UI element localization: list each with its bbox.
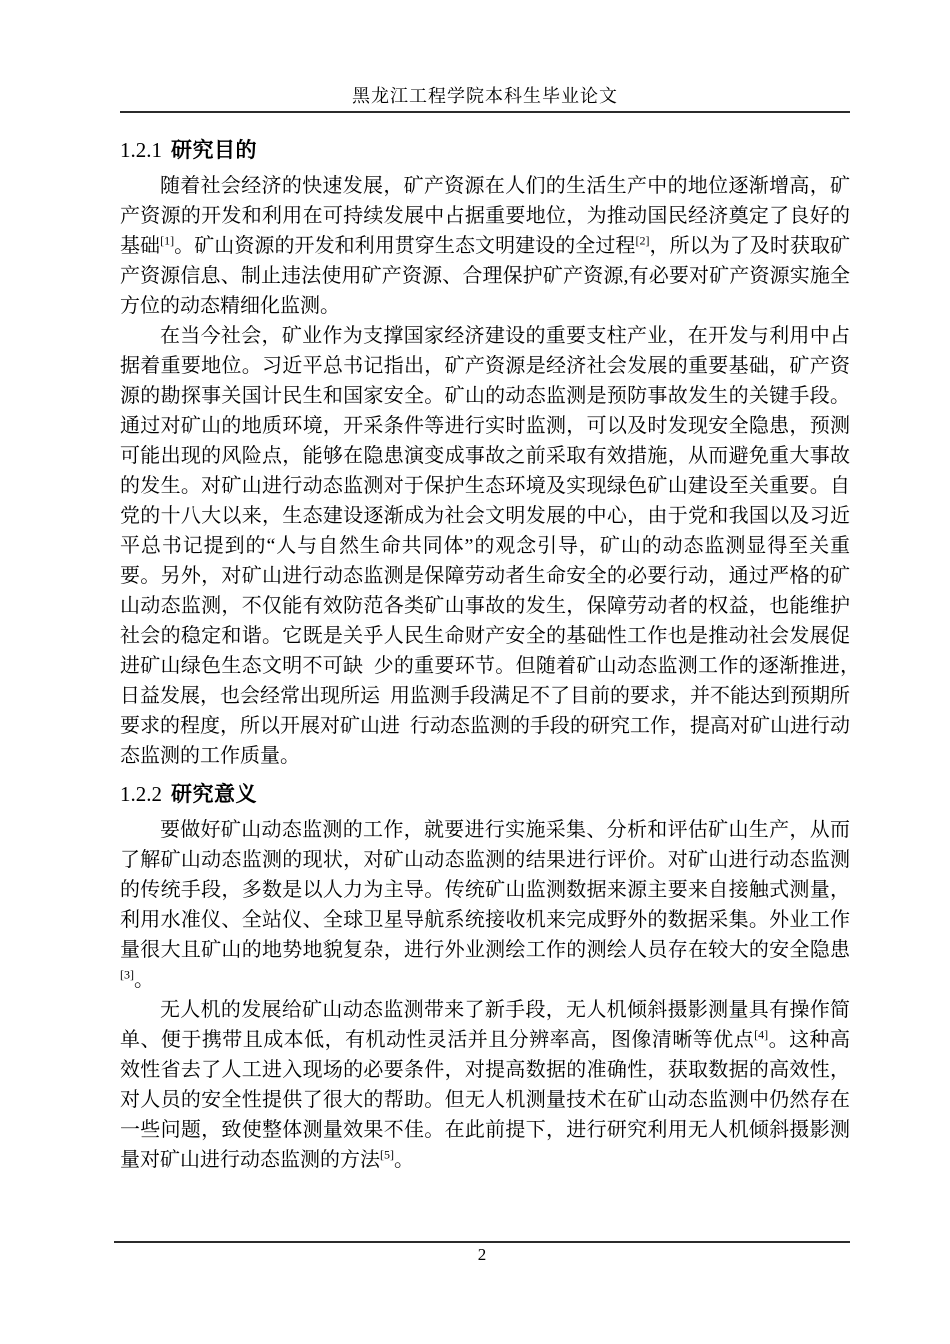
- section-heading: 1.2.2研究意义: [120, 780, 850, 809]
- paragraph: 随着社会经济的快速发展，矿产资源在人们的生活生产中的地位逐渐增高，矿产资源的开发…: [120, 171, 850, 321]
- footer-rule: [114, 1241, 850, 1243]
- paragraph: 在当今社会，矿业作为支撑国家经济建设的重要支柱产业，在开发与利用中占据着重要地位…: [120, 321, 850, 771]
- heading-number: 1.2.1: [120, 138, 162, 162]
- section-research-purpose: 1.2.1研究目的 随着社会经济的快速发展，矿产资源在人们的生活生产中的地位逐渐…: [120, 136, 850, 771]
- page-footer: 2: [114, 1241, 850, 1266]
- citation-superscript: [4]: [754, 1027, 768, 1041]
- heading-number: 1.2.2: [120, 782, 162, 806]
- section-paragraphs: 随着社会经济的快速发展，矿产资源在人们的生活生产中的地位逐渐增高，矿产资源的开发…: [120, 171, 850, 771]
- thesis-page: 黑龙江工程学院本科生毕业论文 1.2.1研究目的 随着社会经济的快速发展，矿产资…: [0, 0, 950, 1344]
- heading-title: 研究意义: [171, 783, 257, 806]
- citation-superscript: [5]: [380, 1147, 394, 1161]
- section-heading: 1.2.1研究目的: [120, 136, 850, 165]
- paragraph: 无人机的发展给矿山动态监测带来了新手段，无人机倾斜摄影测量具有操作简单、便于携带…: [120, 995, 850, 1175]
- section-research-significance: 1.2.2研究意义 要做好矿山动态监测的工作，就要进行实施采集、分析和评估矿山生…: [120, 780, 850, 1175]
- citation-superscript: [2]: [635, 233, 649, 247]
- running-header-title: 黑龙江工程学院本科生毕业论文: [120, 84, 850, 108]
- heading-title: 研究目的: [171, 139, 257, 162]
- page-number: 2: [114, 1244, 850, 1266]
- main-content: 1.2.1研究目的 随着社会经济的快速发展，矿产资源在人们的生活生产中的地位逐渐…: [120, 136, 850, 1175]
- citation-superscript: [1]: [160, 233, 174, 247]
- page-header: 黑龙江工程学院本科生毕业论文: [120, 84, 850, 121]
- section-paragraphs: 要做好矿山动态监测的工作，就要进行实施采集、分析和评估矿山生产，从而了解矿山动态…: [120, 815, 850, 1175]
- citation-superscript: [3]: [120, 967, 134, 981]
- paragraph: 要做好矿山动态监测的工作，就要进行实施采集、分析和评估矿山生产，从而了解矿山动态…: [120, 815, 850, 995]
- header-rule: [120, 111, 850, 113]
